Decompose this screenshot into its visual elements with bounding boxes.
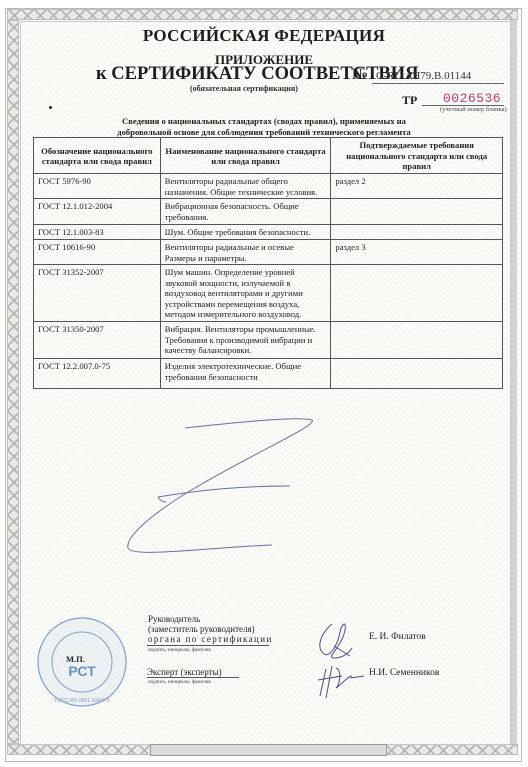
expert-signature-line [147,677,239,678]
stamp-label: М.П. [66,654,85,664]
head-caption: подпись, инициалы, фамилия [148,648,211,653]
head-signature-line [147,645,269,646]
stamp-code: РОСС RU.0001.10АЯ79 [55,698,110,704]
stamp-center-text: РСТ [68,663,96,679]
head-label-3: органа по сертификации [148,635,273,645]
handwritten-signatures [312,614,372,704]
expert-name: Н.И. Семенников [369,668,439,678]
expert-caption: подпись, инициалы, фамилия [148,680,211,685]
print-imprint [150,744,387,756]
head-name: Е. И. Филатов [369,632,426,642]
